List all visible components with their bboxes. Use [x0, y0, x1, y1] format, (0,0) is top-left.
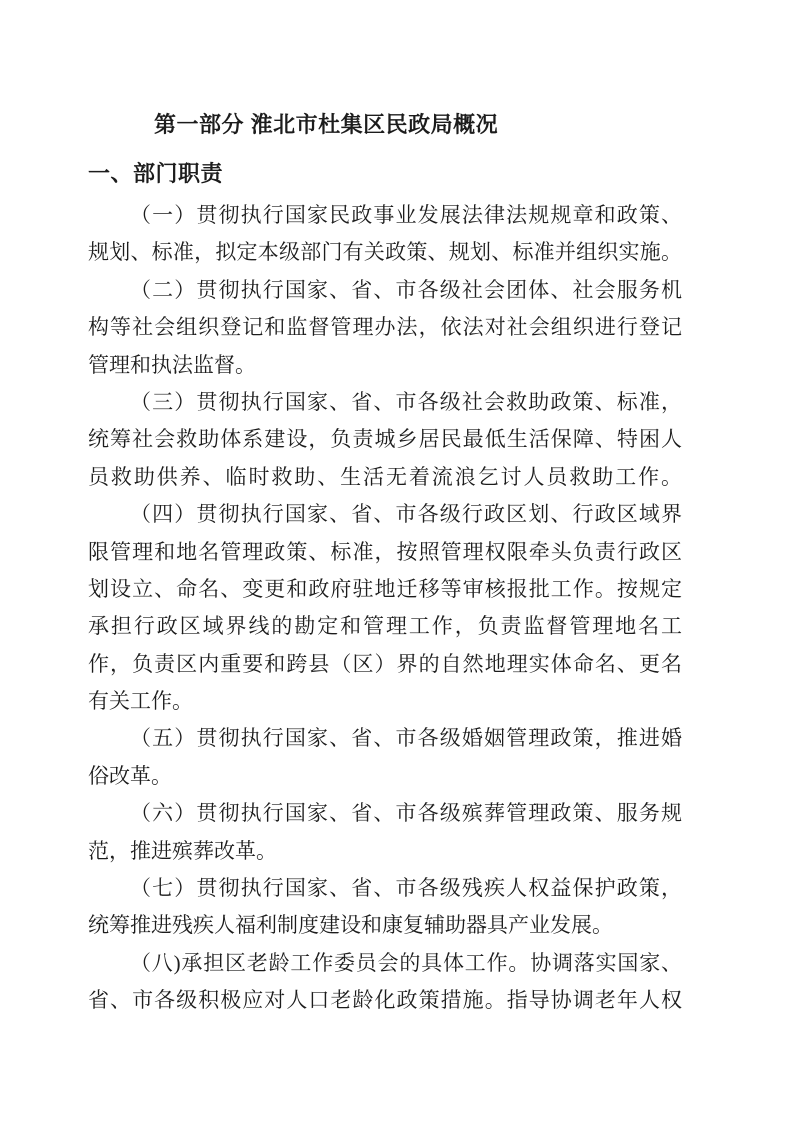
paragraph-line: （五）贯彻执行国家、省、市各级婚姻管理政策，推进婚	[88, 720, 682, 757]
paragraphs: （一）贯彻执行国家民政事业发展法律法规规章和政策、规划、标准，拟定本级部门有关政…	[88, 197, 682, 1020]
paragraph-line: 省、市各级积极应对人口老龄化政策措施。指导协调老年人权	[88, 982, 682, 1019]
paragraph-line: 有关工作。	[88, 683, 682, 720]
page-content: 第一部分 淮北市杜集区民政局概况 一、部门职责 （一）贯彻执行国家民政事业发展法…	[88, 110, 682, 1020]
paragraph-line: 承担行政区域界线的勘定和管理工作，负责监督管理地名工	[88, 608, 682, 645]
paragraph-line: 构等社会组织登记和监督管理办法，依法对社会组织进行登记	[88, 309, 682, 346]
paragraph-line: （三）贯彻执行国家、省、市各级社会救助政策、标准，	[88, 384, 682, 421]
paragraph-line: 作，负责区内重要和跨县（区）界的自然地理实体命名、更名	[88, 646, 682, 683]
paragraph-line: 范，推进殡葬改革。	[88, 833, 682, 870]
paragraph-line: （四）贯彻执行国家、省、市各级行政区划、行政区域界	[88, 496, 682, 533]
paragraph-line: 统筹社会救助体系建设，负责城乡居民最低生活保障、特困人	[88, 421, 682, 458]
document-page: 第一部分 淮北市杜集区民政局概况 一、部门职责 （一）贯彻执行国家民政事业发展法…	[0, 0, 794, 1122]
section-heading: 一、部门职责	[88, 159, 682, 189]
paragraph-line: （八)承担区老龄工作委员会的具体工作。协调落实国家、	[88, 945, 682, 982]
paragraph-line: 员救助供养、临时救助、生活无着流浪乞讨人员救助工作。	[88, 459, 682, 496]
paragraph-line: 管理和执法监督。	[88, 347, 682, 384]
paragraph-line: （六）贯彻执行国家、省、市各级殡葬管理政策、服务规	[88, 795, 682, 832]
paragraph-line: 限管理和地名管理政策、标准，按照管理权限牵头负责行政区	[88, 534, 682, 571]
paragraph-line: 规划、标准，拟定本级部门有关政策、规划、标准并组织实施。	[88, 234, 682, 271]
paragraph-line: （七）贯彻执行国家、省、市各级残疾人权益保护政策，	[88, 870, 682, 907]
paragraph-line: 俗改革。	[88, 758, 682, 795]
paragraph-line: 划设立、命名、变更和政府驻地迁移等审核报批工作。按规定	[88, 571, 682, 608]
paragraph-line: （二）贯彻执行国家、省、市各级社会团体、社会服务机	[88, 272, 682, 309]
paragraph-line: （一）贯彻执行国家民政事业发展法律法规规章和政策、	[88, 197, 682, 234]
paragraph-line: 统筹推进残疾人福利制度建设和康复辅助器具产业发展。	[88, 907, 682, 944]
document-title: 第一部分 淮北市杜集区民政局概况	[88, 110, 682, 140]
